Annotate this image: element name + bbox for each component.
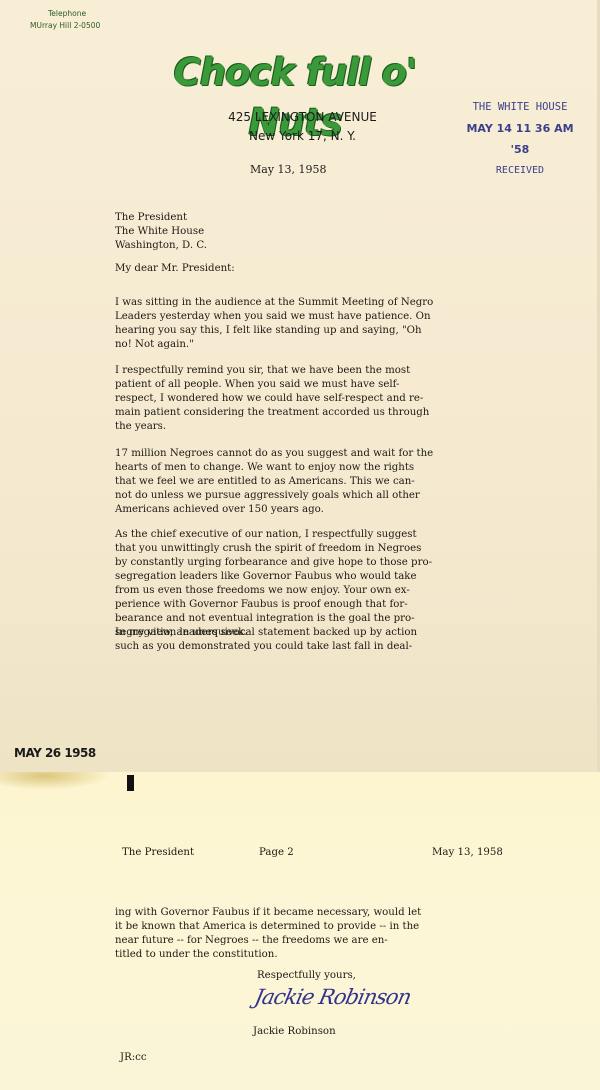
recipient-address: The President The White House Washington… <box>115 211 505 253</box>
header-date: May 13, 1958 <box>432 847 503 858</box>
stamp-line-3: RECEIVED <box>460 160 580 181</box>
signer-name: Jackie Robinson <box>253 1026 336 1037</box>
paragraph-text: ing with Governor Faubus if it became ne… <box>115 906 505 962</box>
handwritten-signature: Jackie Robinson <box>252 985 412 1009</box>
paragraph-3: 17 million Negroes cannot do as you sugg… <box>115 447 505 517</box>
header-recipient: The President <box>122 847 194 858</box>
telephone-number: MUrray Hill 2-0500 <box>30 20 100 32</box>
paragraph-1: I was sitting in the audience at the Sum… <box>115 296 505 352</box>
filing-date-stamp: MAY 26 1958 <box>14 746 96 760</box>
stamp-line-2: MAY 14 11 36 AM '58 <box>460 118 580 160</box>
recipient-text: The President The White House Washington… <box>115 211 505 253</box>
telephone-label: Telephone <box>30 8 100 20</box>
paragraph-text: I was sitting in the audience at the Sum… <box>115 296 505 352</box>
reference-initials: JR:cc <box>120 1052 147 1063</box>
paragraph-4: As the chief executive of our nation, I … <box>115 528 505 640</box>
company-logo: Chock full o' Nuts <box>160 48 430 98</box>
header-page-number: Page 2 <box>259 847 294 858</box>
telephone-block: Telephone MUrray Hill 2-0500 <box>30 8 100 32</box>
stamp-line-1: THE WHITE HOUSE <box>460 97 580 118</box>
letter-date: May 13, 1958 <box>250 163 327 176</box>
paragraph-text: I respectfully remind you sir, that we h… <box>115 364 505 434</box>
salutation-text: My dear Mr. President: <box>115 262 505 276</box>
paragraph-text: As the chief executive of our nation, I … <box>115 528 505 640</box>
letter-page-1: Telephone MUrray Hill 2-0500 Chock full … <box>0 0 600 772</box>
paragraph-2: I respectfully remind you sir, that we h… <box>115 364 505 434</box>
paper-stain <box>0 772 110 790</box>
ink-mark <box>127 775 134 791</box>
closing: Respectfully yours, <box>257 970 356 981</box>
received-stamp: THE WHITE HOUSE MAY 14 11 36 AM '58 RECE… <box>460 97 580 181</box>
paragraph-text: 17 million Negroes cannot do as you sugg… <box>115 447 505 517</box>
salutation: My dear Mr. President: <box>115 262 505 276</box>
paragraph-5: In my view, an unequivocal statement bac… <box>115 626 505 654</box>
paragraph-text: In my view, an unequivocal statement bac… <box>115 626 505 654</box>
paragraph-6: ing with Governor Faubus if it became ne… <box>115 906 505 962</box>
